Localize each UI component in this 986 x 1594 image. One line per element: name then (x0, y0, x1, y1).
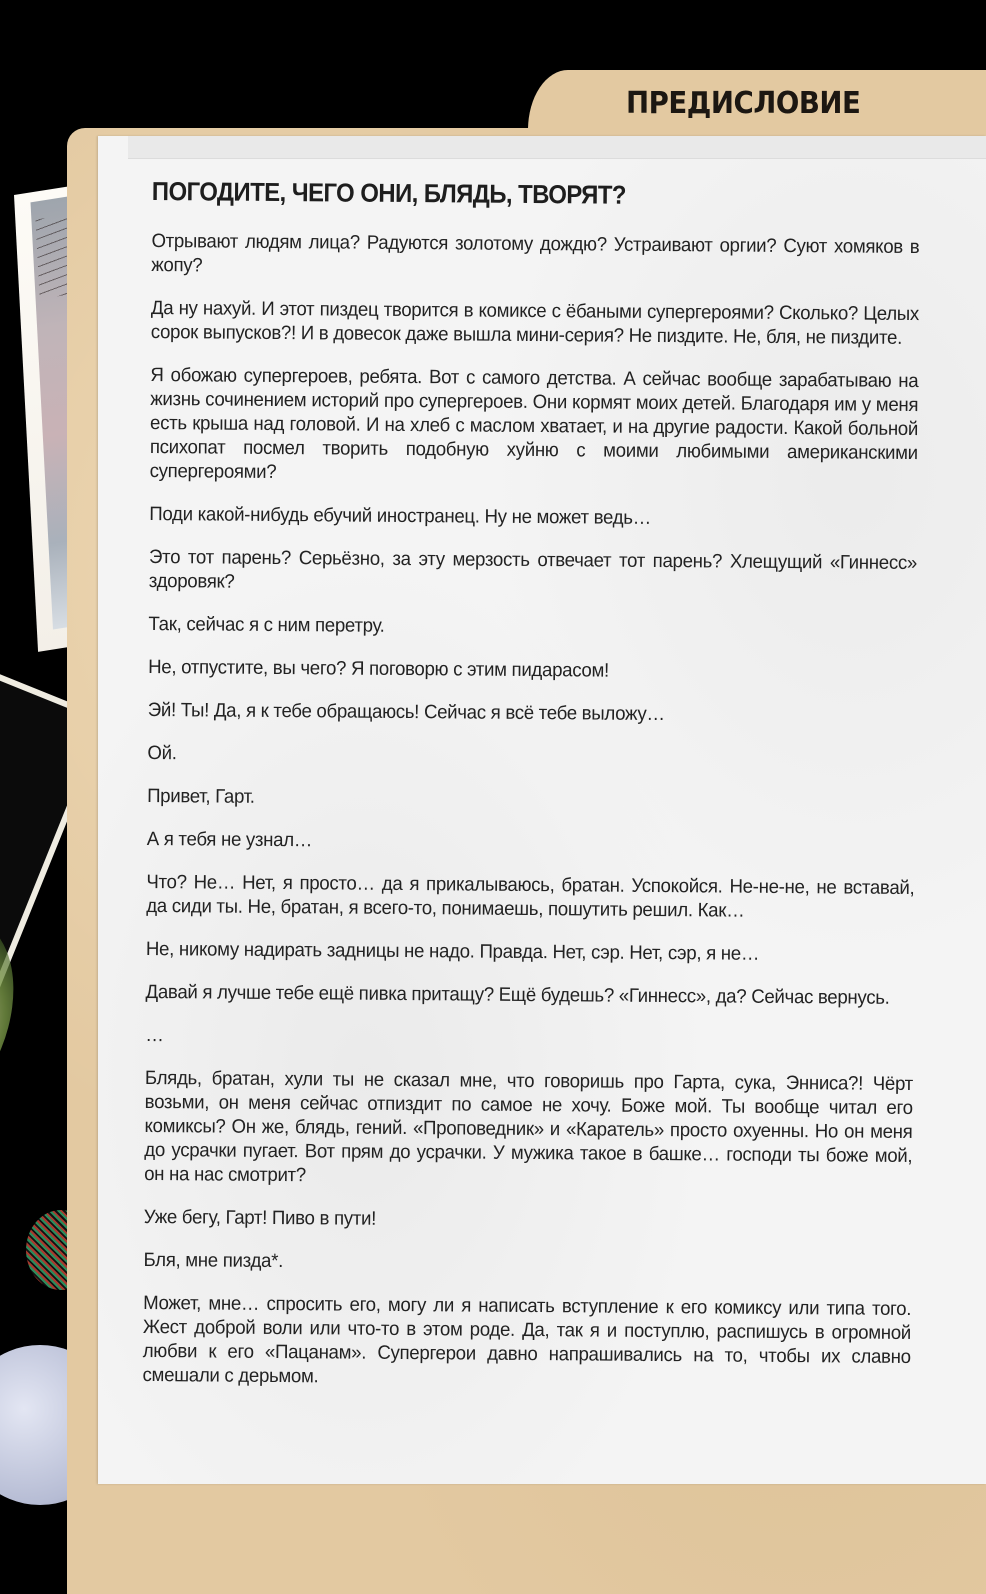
paragraph: Что? Не… Нет, я просто… да я прикалываюс… (146, 870, 914, 924)
paragraph: Бля, мне пизда*. (143, 1248, 911, 1278)
paragraph: Это тот парень? Серьёзно, за эту мерзост… (149, 545, 917, 599)
page-heading: ПОГОДИТЕ, ЧЕГО ОНИ, БЛЯДЬ, ТВОРЯТ? (152, 176, 859, 213)
photo-glow (0, 894, 43, 1150)
paragraph: Эй! Ты! Да, я к тебе обращаюсь! Сейчас я… (148, 698, 916, 728)
paragraph: А я тебя не узнал… (147, 827, 915, 857)
paper-top-band (128, 136, 986, 159)
paragraph: Так, сейчас я с ним перетру. (148, 612, 916, 642)
foreword-text: ПОГОДИТЕ, ЧЕГО ОНИ, БЛЯДЬ, ТВОРЯТ? Отрыв… (142, 176, 920, 1412)
section-tab-title: ПРЕДИСЛОВИЕ (626, 86, 860, 121)
paragraph: Я обожаю супергероев, ребята. Вот с само… (150, 363, 919, 489)
paragraph: Да ну нахуй. И этот пиздец творится в ко… (151, 296, 919, 350)
paragraph: Может, мне… спросить его, могу ли я напи… (142, 1291, 911, 1393)
paragraph: Поди какой-нибудь ебучий иностранец. Ну … (149, 502, 917, 532)
paragraph: … (145, 1023, 913, 1053)
paragraph: Ой. (147, 741, 915, 771)
paragraph: Не, никому надирать задницы не надо. Пра… (146, 937, 914, 967)
paragraph: Блядь, братан, хули ты не сказал мне, чт… (144, 1066, 913, 1192)
paragraph: Уже бегу, Гарт! Пиво в пути! (144, 1205, 912, 1235)
paragraph: Отрывают людям лица? Радуются золотому д… (151, 229, 919, 283)
paragraph: Привет, Гарт. (147, 784, 915, 814)
paragraph: Не, отпустите, вы чего? Я поговорю с эти… (148, 655, 916, 685)
paragraph: Давай я лучше тебе ещё пивка притащу? Ещ… (145, 980, 913, 1010)
